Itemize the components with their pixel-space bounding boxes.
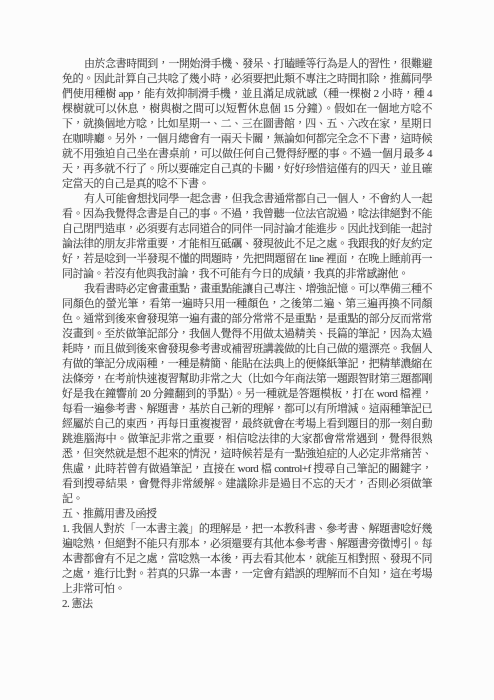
paragraph-study-partner: 有人可能會想找同學一起念書，但我念書通常都自己一個人，不會約人一起看。因為我覺得… [62, 192, 432, 282]
document-page: 由於念書時間到，一開始滑手機、發呆、打瞌睡等行為是人的習性，很難避免的。因此計算… [0, 0, 494, 700]
list-item-constitution: 2. 憲法 [62, 597, 432, 612]
section-heading-recommended-books: 五、推薦用書及函授 [62, 507, 432, 522]
paragraph-study-schedule: 由於念書時間到，一開始滑手機、發呆、打瞌睡等行為是人的習性，很難避免的。因此計算… [62, 57, 432, 192]
paragraph-highlighting-and-notes: 我看書時必定會畫重點，畫重點能讓自己專注、增強記憶。可以準備三種不同顏色的螢光筆… [62, 282, 432, 507]
document-text-block: 由於念書時間到，一開始滑手機、發呆、打瞌睡等行為是人的習性，很難避免的。因此計算… [62, 57, 432, 612]
list-item-one-book-principle: 1. 我個人對於「一本書主義」的理解是，把一本教科書、參考書、解題書唸好幾遍唸熟… [62, 522, 432, 597]
